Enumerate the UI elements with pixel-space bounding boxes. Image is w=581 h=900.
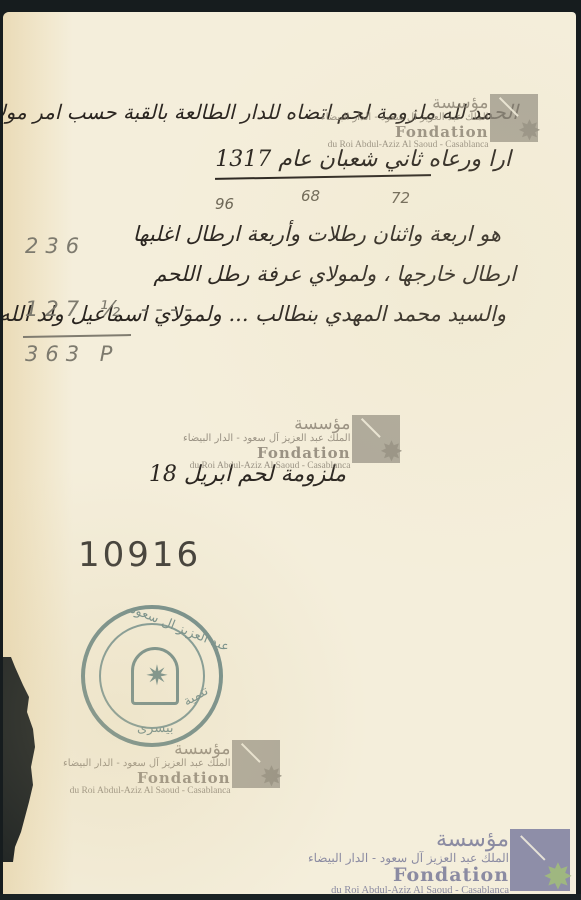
reference-number: 10916 — [78, 535, 201, 575]
watermark: مؤسسة الملك عبد العزيز آل سعود - الدار ا… — [321, 94, 538, 151]
octagram-star-icon: ✸ — [378, 439, 406, 467]
star-emblem-icon: ✷ — [142, 662, 172, 692]
watermark-fr-subtitle: du Roi Abdul-Aziz Al Saoud - Casablanca — [308, 885, 509, 894]
octagram-star-icon: ✸ — [258, 764, 286, 792]
scan-border — [0, 894, 581, 900]
watermark-ar-subtitle: الملك عبد العزيز آل سعود - الدار البيضاء — [308, 851, 509, 865]
scanned-document: الحمد لله ملزومة لحم اتضاه للدار الطالعة… — [0, 0, 581, 900]
foundation-logo: ✸ — [490, 94, 538, 142]
watermark-ar-title: مؤسسة — [321, 94, 489, 112]
seal-bottom-text: بيسرى — [137, 721, 174, 736]
watermark-ar-title: مؤسسة — [308, 829, 509, 851]
foundation-logo: ✸ — [352, 415, 400, 463]
letter-line-3: هو اربعة واثنان رطلات وأربعة ارطال اغلبه… — [133, 222, 501, 246]
watermark-ar-title: مؤسسة — [183, 415, 351, 433]
superscript-number: 72 — [391, 189, 410, 207]
watermark-fr-title: Fondation — [63, 770, 231, 786]
watermark-corner: مؤسسة الملك عبد العزيز آل سعود - الدار ا… — [308, 829, 570, 894]
watermark-fr-subtitle: du Roi Abdul-Aziz Al Saoud - Casablanca — [183, 461, 351, 472]
watermark-fr-title: Fondation — [321, 124, 489, 140]
paper-sheet: الحمد لله ملزومة لحم اتضاه للدار الطالعة… — [3, 12, 576, 894]
octagram-star-icon: ✸ — [516, 118, 544, 146]
watermark-fr-subtitle: du Roi Abdul-Aziz Al Saoud - Casablanca — [63, 786, 231, 797]
watermark-fr-title: Fondation — [308, 865, 509, 885]
foundation-logo: ✸ — [232, 740, 280, 788]
date-underline — [215, 174, 431, 180]
watermark: مؤسسة الملك عبد العزيز آل سعود - الدار ا… — [63, 740, 280, 797]
watermark: مؤسسة الملك عبد العزيز آل سعود - الدار ا… — [183, 415, 400, 472]
superscript-number: 96 — [215, 195, 234, 213]
seal-shield: ✷ — [131, 647, 179, 705]
octagram-star-icon: ✸ — [540, 859, 576, 894]
foundation-logo: ✸ — [510, 829, 570, 891]
margin-total: 363 P — [25, 342, 119, 366]
letter-line-4: ارطال خارجها ، ولمولاي عرفة رطل اللحم — [153, 262, 516, 286]
sum-rule — [23, 334, 131, 337]
superscript-number: 68 — [301, 187, 320, 205]
round-seal-stamp: ✷ عبد العزيز ال سعود بيسرى تنمية — [81, 605, 223, 747]
margin-number: 236 — [25, 234, 86, 258]
margin-number: 127 ½ ---- — [25, 297, 199, 321]
watermark-ar-title: مؤسسة — [63, 740, 231, 758]
torn-edge — [3, 657, 39, 862]
watermark-fr-title: Fondation — [183, 445, 351, 461]
watermark-fr-subtitle: du Roi Abdul-Aziz Al Saoud - Casablanca — [321, 140, 489, 151]
